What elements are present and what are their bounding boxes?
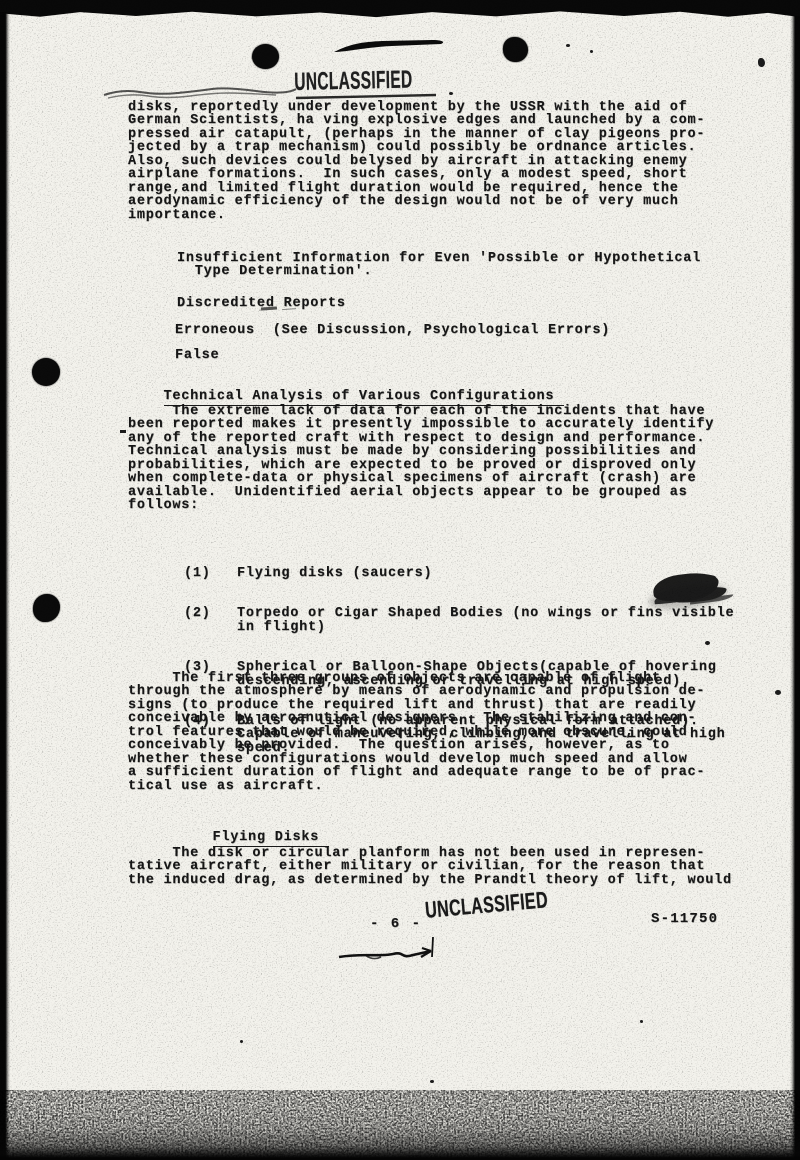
scan-speck xyxy=(240,1040,243,1043)
list-item-text: Flying disks (saucers) xyxy=(237,567,432,580)
scan-speck xyxy=(775,690,781,695)
list-item-text: Torpedo or Cigar Shaped Bodies (no wings… xyxy=(237,607,734,634)
pen-scribble-bottom xyxy=(335,933,450,965)
hole-punch-top-left xyxy=(252,44,279,69)
classification-stamp-top: UNCLASSIFIED xyxy=(294,66,413,97)
intro-paragraph: disks, reportedly under development by t… xyxy=(128,101,705,222)
scan-speck xyxy=(705,641,710,645)
list-item-number: (1) xyxy=(184,567,237,580)
scan-edge-bottom xyxy=(0,1108,800,1160)
scan-speck xyxy=(430,1080,434,1083)
analysis-paragraph: The extreme lack of data for each of the… xyxy=(128,405,714,513)
scanned-document-page: UNCLASSIFIED disks, reportedly under dev… xyxy=(0,0,800,1160)
false-label: False xyxy=(175,349,219,362)
scan-edge-top xyxy=(0,0,800,19)
scan-speck xyxy=(566,44,570,47)
scan-speck xyxy=(120,430,126,433)
scan-edge-left xyxy=(0,12,10,1160)
hole-punch-top-right xyxy=(503,37,528,62)
page-number: - 6 - xyxy=(370,916,422,932)
groups-paragraph: The first three groups of objects are ca… xyxy=(128,672,705,793)
scan-speck xyxy=(758,58,765,67)
list-item: (2) Torpedo or Cigar Shaped Bodies (no w… xyxy=(184,607,734,634)
document-number: S-11750 xyxy=(651,911,718,927)
hole-punch-left-lower xyxy=(33,594,60,622)
erroneous-label: Erroneous (See Discussion, Psychological… xyxy=(175,324,610,337)
scan-speck xyxy=(640,1020,643,1023)
flying-disks-paragraph: The disk or circular planform has not be… xyxy=(128,847,732,887)
pen-stroke-mark xyxy=(330,36,455,58)
classification-stamp-bottom: UNCLASSIFIED xyxy=(424,886,549,924)
scan-speck xyxy=(590,50,593,53)
insufficient-info-note: Insufficient Information for Even 'Possi… xyxy=(177,252,701,279)
scan-edge-right xyxy=(790,16,800,1160)
list-item-number: (2) xyxy=(184,607,237,634)
scan-speck xyxy=(449,92,453,95)
hole-punch-left-upper xyxy=(32,358,60,386)
list-item: (1) Flying disks (saucers) xyxy=(184,567,734,580)
